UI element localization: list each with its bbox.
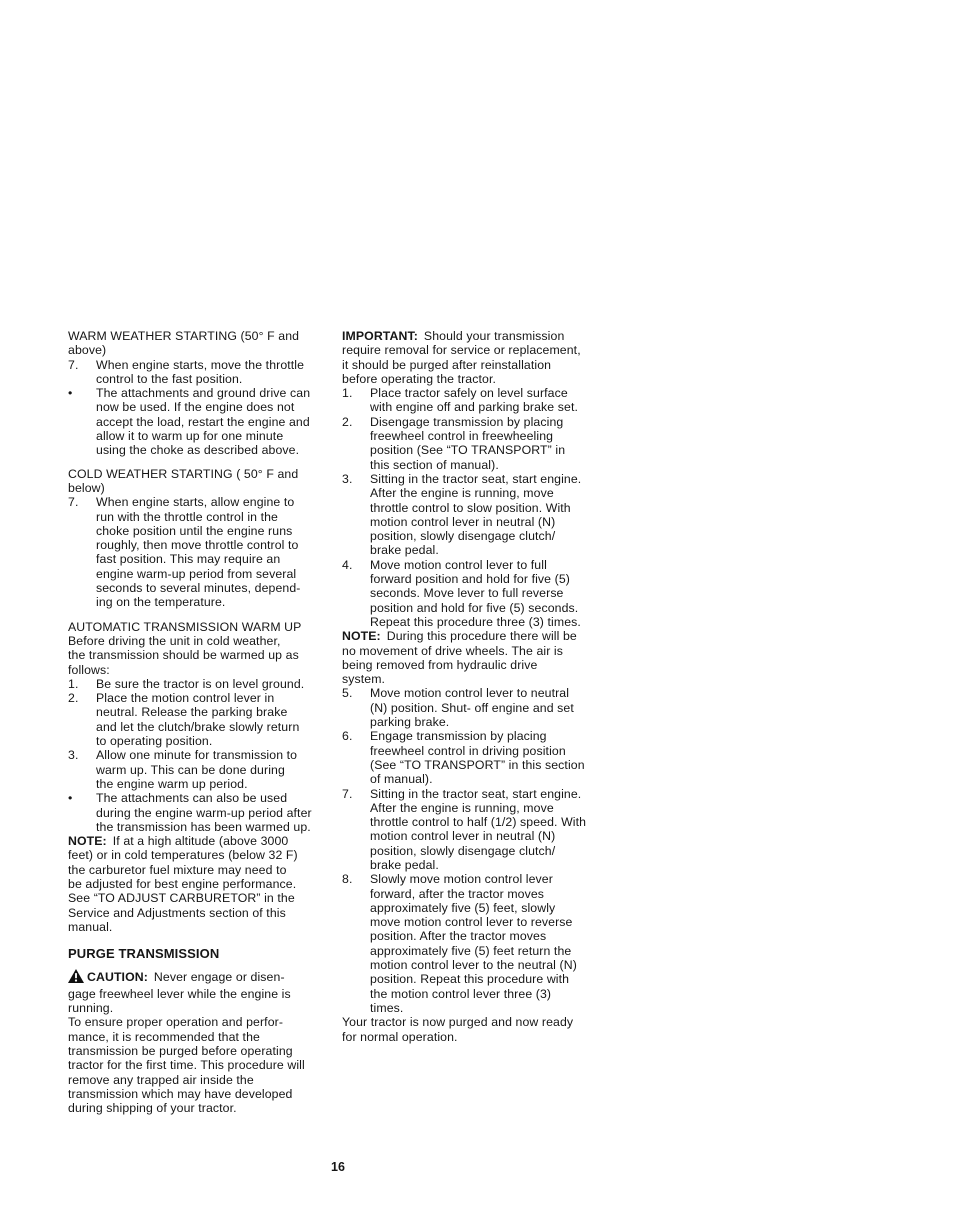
list-item-purge-4: 4. Move motion control lever to full for… [342,558,624,629]
left-column: WARM WEATHER STARTING (50° F and above) … [68,329,340,1115]
list-item-warm-7: 7. When engine starts, move the throttle… [68,358,340,387]
heading-warm-weather-starting: WARM WEATHER STARTING (50° F and above) [68,329,340,358]
list-item-cold-7: 7. When engine starts, allow engine to r… [68,495,340,609]
list-item-warmup-2: 2. Place the motion control lever in neu… [68,691,340,748]
list-number: 1. [342,386,370,415]
list-text: Disengage transmission by placing freewh… [370,415,624,472]
list-number: 3. [342,472,370,558]
note-text: If at a high altitude (above 3000 feet) … [68,834,298,934]
list-text: Engage transmission by placing freewheel… [370,729,624,786]
paragraph-note-altitude: NOTE:If at a high altitude (above 3000 f… [68,834,340,934]
paragraph-warmup-intro: Before driving the unit in cold weather,… [68,634,340,677]
list-item-warmup-3: 3. Allow one minute for transmission to … [68,748,340,791]
paragraph-caution: CAUTION:Never engage or disen- gage free… [68,969,340,1015]
paragraph-closing: Your tractor is now purged and now ready… [342,1015,624,1044]
list-text: Slowly move motion control lever forward… [370,872,624,1015]
bullet-text: The attachments and ground drive can now… [96,386,340,457]
caution-label: CAUTION: [87,970,148,984]
list-number: 7. [68,495,96,609]
list-text: Be sure the tractor is on level ground. [96,677,340,691]
page-number: 16 [318,1160,358,1174]
list-number: 2. [68,691,96,748]
important-label: IMPORTANT: [342,329,418,343]
list-text: Sitting in the tractor seat, start engin… [370,472,624,558]
list-number: 7. [342,787,370,873]
note-label: NOTE: [68,834,107,848]
list-item-purge-8: 8. Slowly move motion control lever forw… [342,872,624,1015]
list-text: When engine starts, allow engine to run … [96,495,340,609]
heading-automatic-transmission-warm-up: AUTOMATIC TRANSMISSION WARM UP [68,620,340,634]
list-number: 8. [342,872,370,1015]
right-column: IMPORTANT:Should your transmission requi… [342,329,624,1044]
list-number: 3. [68,748,96,791]
list-text: Allow one minute for transmission to war… [96,748,340,791]
paragraph-note-no-movement: NOTE:During this procedure there will be… [342,629,624,686]
list-text: Move motion control lever to neutral (N)… [370,686,624,729]
caution-warning-triangle-icon [68,969,84,986]
list-text: Sitting in the tractor seat, start engin… [370,787,624,873]
list-item-purge-1: 1. Place tractor safely on level surface… [342,386,624,415]
list-text: Place the motion control lever in neutra… [96,691,340,748]
list-item-warmup-1: 1. Be sure the tractor is on level groun… [68,677,340,691]
heading-purge-transmission: PURGE TRANSMISSION [68,947,340,961]
list-item-purge-6: 6. Engage transmission by placing freewh… [342,729,624,786]
paragraph-purge-description: To ensure proper operation and perfor- m… [68,1015,340,1115]
list-item-purge-7: 7. Sitting in the tractor seat, start en… [342,787,624,873]
list-text: Move motion control lever to full forwar… [370,558,624,629]
list-number: 5. [342,686,370,729]
note-label: NOTE: [342,629,381,643]
bullet-marker: • [68,791,96,834]
list-item-purge-2: 2. Disengage transmission by placing fre… [342,415,624,472]
list-item-purge-3: 3. Sitting in the tractor seat, start en… [342,472,624,558]
list-number: 2. [342,415,370,472]
list-text: Place tractor safely on level surface wi… [370,386,624,415]
bullet-item-attachments-warmup: • The attachments can also be used durin… [68,791,340,834]
list-number: 1. [68,677,96,691]
bullet-item-attachments-ground-drive: • The attachments and ground drive can n… [68,386,340,457]
list-number: 4. [342,558,370,629]
list-number: 7. [68,358,96,387]
list-text: When engine starts, move the throttle co… [96,358,340,387]
paragraph-important: IMPORTANT:Should your transmission requi… [342,329,624,386]
bullet-marker: • [68,386,96,457]
manual-page: WARM WEATHER STARTING (50° F and above) … [0,0,954,1232]
list-item-purge-5: 5. Move motion control lever to neutral … [342,686,624,729]
bullet-text: The attachments can also be used during … [96,791,340,834]
list-number: 6. [342,729,370,786]
heading-cold-weather-starting: COLD WEATHER STARTING ( 50° F and below) [68,467,340,496]
